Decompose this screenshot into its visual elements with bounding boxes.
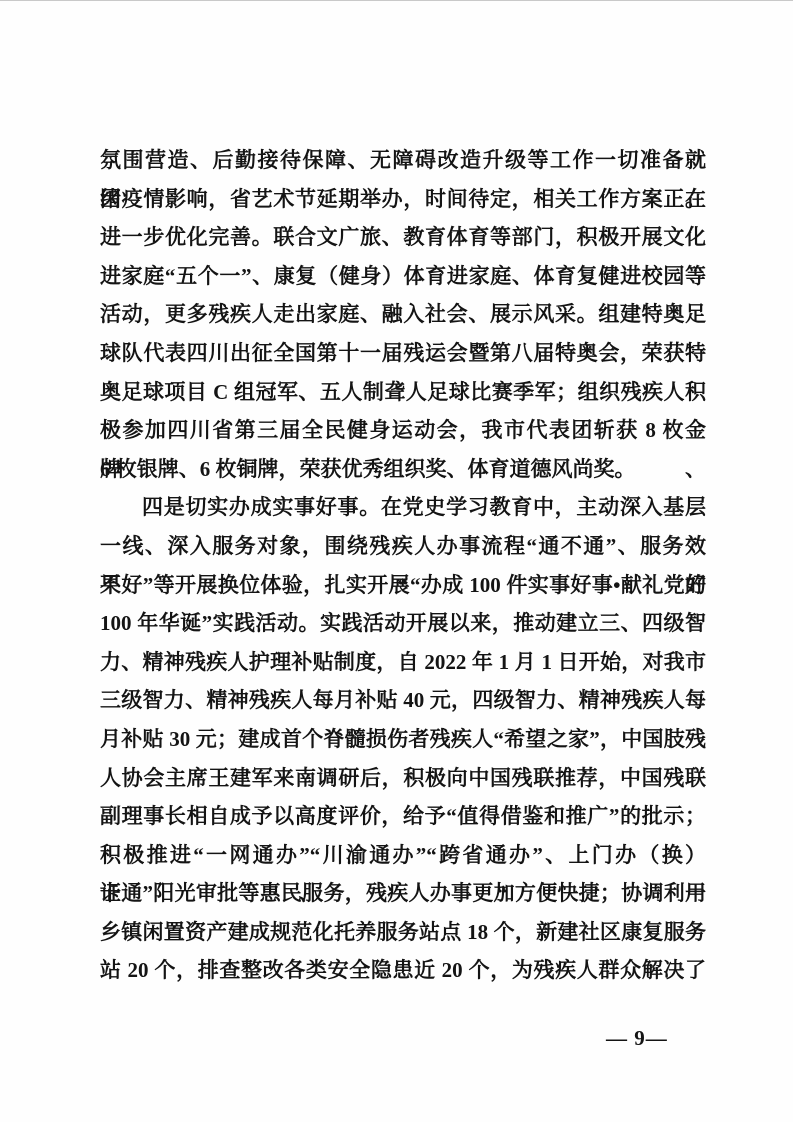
- page-number: — 9—: [606, 1026, 668, 1051]
- text-line: 副理事长相自成予以高度评价，给予“值得借鉴和推广”的批示；: [100, 797, 706, 836]
- text-line: 氛围营造、后勤接待保障、无障碍改造升级等工作一切准备就绪。: [100, 141, 706, 180]
- text-line: 奥足球项目 C 组冠军、五人制聋人足球比赛季军；组织残疾人积: [100, 373, 706, 412]
- text-line: 月补贴 30 元；建成首个脊髓损伤者残疾人“希望之家”，中国肢残: [100, 720, 706, 759]
- text-line: 四是切实办成实事好事。在党史学习教育中，主动深入基层: [100, 488, 706, 527]
- text-line: 站 20 个，排查整改各类安全隐患近 20 个，为残疾人群众解决了: [100, 951, 706, 990]
- text-line: 进一步优化完善。联合文广旅、教育体育等部门，积极开展文化: [100, 218, 706, 257]
- text-line: 极参加四川省第三届全民健身运动会，我市代表团斩获 8 枚金牌、: [100, 411, 706, 450]
- text-line: 人协会主席王建军来南调研后，积极向中国残联推荐，中国残联: [100, 759, 706, 798]
- text-line: 卡通”阳光审批等惠民服务，残疾人办事更加方便快捷；协调利用: [100, 874, 706, 913]
- scan-edge-line: [0, 0, 793, 1]
- text-line: 100 年华诞”实践活动。实践活动开展以来，推动建立三、四级智: [100, 604, 706, 643]
- document-body: 氛围营造、后勤接待保障、无障碍改造升级等工作一切准备就绪。因疫情影响，省艺术节延…: [100, 141, 706, 990]
- text-line: 活动，更多残疾人走出家庭、融入社会、展示风采。组建特奥足: [100, 295, 706, 334]
- text-line: 三级智力、精神残疾人每月补贴 40 元，四级智力、精神残疾人每: [100, 681, 706, 720]
- text-line: 积极推进“一网通办”“川渝通办”“跨省通办”、上门办（换）证、“一: [100, 836, 706, 875]
- text-line: 乡镇闲置资产建成规范化托养服务站点 18 个，新建社区康复服务: [100, 913, 706, 952]
- document-page: 氛围营造、后勤接待保障、无障碍改造升级等工作一切准备就绪。因疫情影响，省艺术节延…: [0, 0, 793, 1122]
- text-line: 不好”等开展换位体验，扎实开展“办成 100 件实事好事•献礼党的: [100, 566, 706, 605]
- text-line: 进家庭“五个一”、康复（健身）体育进家庭、体育复健进校园等: [100, 257, 706, 296]
- text-line: 球队代表四川出征全国第十一届残运会暨第八届特奥会，荣获特: [100, 334, 706, 373]
- text-line: 因疫情影响，省艺术节延期举办，时间待定，相关工作方案正在: [100, 180, 706, 219]
- text-line: 一线、深入服务对象，围绕残疾人办事流程“通不通”、服务效果“好: [100, 527, 706, 566]
- text-line: 6 枚银牌、6 枚铜牌，荣获优秀组织奖、体育道德风尚奖。: [100, 450, 706, 489]
- text-line: 力、精神残疾人护理补贴制度，自 2022 年 1 月 1 日开始，对我市: [100, 643, 706, 682]
